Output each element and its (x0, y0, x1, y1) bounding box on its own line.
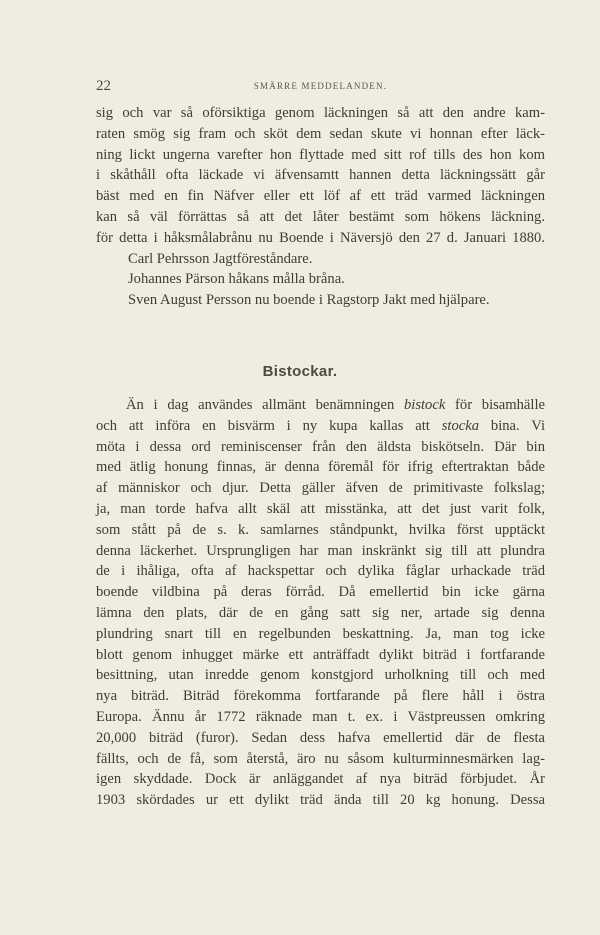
signature-line: Sven August Persson nu boende i Ragstorp… (96, 290, 545, 311)
text-line: af människor och djur. Detta gäller äfve… (96, 478, 545, 499)
text-line: boende vildbina på deras förråd. Då emel… (96, 582, 545, 603)
text-line: besittning, utan inredde genom konstgjor… (96, 665, 545, 686)
text-line: nya biträd. Biträd förekomma fortfarande… (96, 686, 545, 707)
text-line: igen skyddade. Dock är anläggandet af ny… (96, 769, 545, 790)
text-line: med ätlig honung finnas, är denna föremå… (96, 457, 545, 478)
text-line: sig och var så oförsiktiga genom läcknin… (96, 103, 545, 124)
text-line: bäst med en fin Näfver eller ett löf af … (96, 186, 545, 207)
text-line: Än i dag användes allmänt benämningen bi… (96, 395, 545, 416)
text-run: plundring snart till en regelbunden besk… (96, 626, 545, 642)
text-line: Europa. Ännu år 1772 räknade man t. ex. … (96, 707, 545, 728)
text-line: för detta i håksmålabrånu nu Boende i Nä… (96, 228, 545, 249)
text-run: för bisamhälle (445, 397, 545, 413)
text-run: Europa. Ännu år 1772 räknade man t. ex. … (96, 709, 545, 725)
text-run: nya biträd. Biträd förekomma fortfarande… (96, 688, 545, 704)
text-run: af människor och djur. Detta gäller äfve… (96, 480, 545, 496)
text-run: besittning, utan inredde genom konstgjor… (96, 667, 545, 683)
text-run: 1903 skördades ur ett dylikt träd ända t… (96, 792, 545, 808)
signature-line: Johannes Pärson håkans målla bråna. (96, 269, 545, 290)
text-run: bina. Vi (479, 418, 545, 434)
text-line: möta i dessa ord reminiscenser från den … (96, 437, 545, 458)
text-line: kan så väl förrättas så att det låter be… (96, 207, 545, 228)
text-run: denna läckerhet. Ursprungligen har man i… (96, 543, 545, 559)
continuation-paragraph: sig och var så oförsiktiga genom läcknin… (96, 103, 545, 311)
text-line: lämna den plats, där de en gång satt sig… (96, 603, 545, 624)
text-line: som stått på de s. k. samlarnes ståndpun… (96, 520, 545, 541)
running-head: 22 SMÄRRE MEDDELANDEN. (96, 78, 545, 94)
italic-term: bistock (404, 397, 445, 413)
text-run: 20,000 biträd (furor). Sedan dess hafva … (96, 730, 545, 746)
text-line: fällts, och de få, som återstå, äro nu s… (96, 749, 545, 770)
text-line: raten smög sig fram och sköt dem sedan s… (96, 124, 545, 145)
text-run: igen skyddade. Dock är anläggandet af ny… (96, 771, 545, 787)
text-line: ning lickt ungerna varefter hon flyttade… (96, 145, 545, 166)
text-line: denna läckerhet. Ursprungligen har man i… (96, 541, 545, 562)
document-page: 22 SMÄRRE MEDDELANDEN. sig och var så of… (0, 0, 600, 935)
text-line: i skåthåll ofta läckade vi äfvensamtt ha… (96, 165, 545, 186)
section-body: Än i dag användes allmänt benämningen bi… (96, 395, 545, 811)
text-run: som stått på de s. k. samlarnes ståndpun… (96, 522, 545, 538)
text-line: 1903 skördades ur ett dylikt träd ända t… (96, 790, 545, 811)
text-run: ja, man torde hafva allt skäl att misstä… (96, 501, 545, 517)
running-head-title: SMÄRRE MEDDELANDEN. (96, 81, 545, 91)
signature-line: Carl Pehrsson Jagtföreståndare. (96, 249, 545, 270)
text-run: möta i dessa ord reminiscenser från den … (96, 439, 545, 455)
text-line: och att införa en bisvärm i ny kupa kall… (96, 416, 545, 437)
italic-term: stocka (442, 418, 479, 434)
text-run: Än i dag användes allmänt benämningen (126, 397, 404, 413)
text-run: boende vildbina på deras förråd. Då emel… (96, 584, 545, 600)
text-run: de i ihåliga, ofta af hackspettar och dy… (96, 563, 545, 579)
text-line: plundring snart till en regelbunden besk… (96, 624, 545, 645)
text-line: ja, man torde hafva allt skäl att misstä… (96, 499, 545, 520)
text-run: fällts, och de få, som återstå, äro nu s… (96, 751, 545, 767)
text-line: blott genom inhugget märke ett anträffad… (96, 645, 545, 666)
section-heading: Bistockar. (0, 363, 600, 380)
text-run: lämna den plats, där de en gång satt sig… (96, 605, 545, 621)
text-run: med ätlig honung finnas, är denna föremå… (96, 459, 545, 475)
text-line: 20,000 biträd (furor). Sedan dess hafva … (96, 728, 545, 749)
text-run: och att införa en bisvärm i ny kupa kall… (96, 418, 442, 434)
text-run: blott genom inhugget märke ett anträffad… (96, 647, 545, 663)
text-line: de i ihåliga, ofta af hackspettar och dy… (96, 561, 545, 582)
